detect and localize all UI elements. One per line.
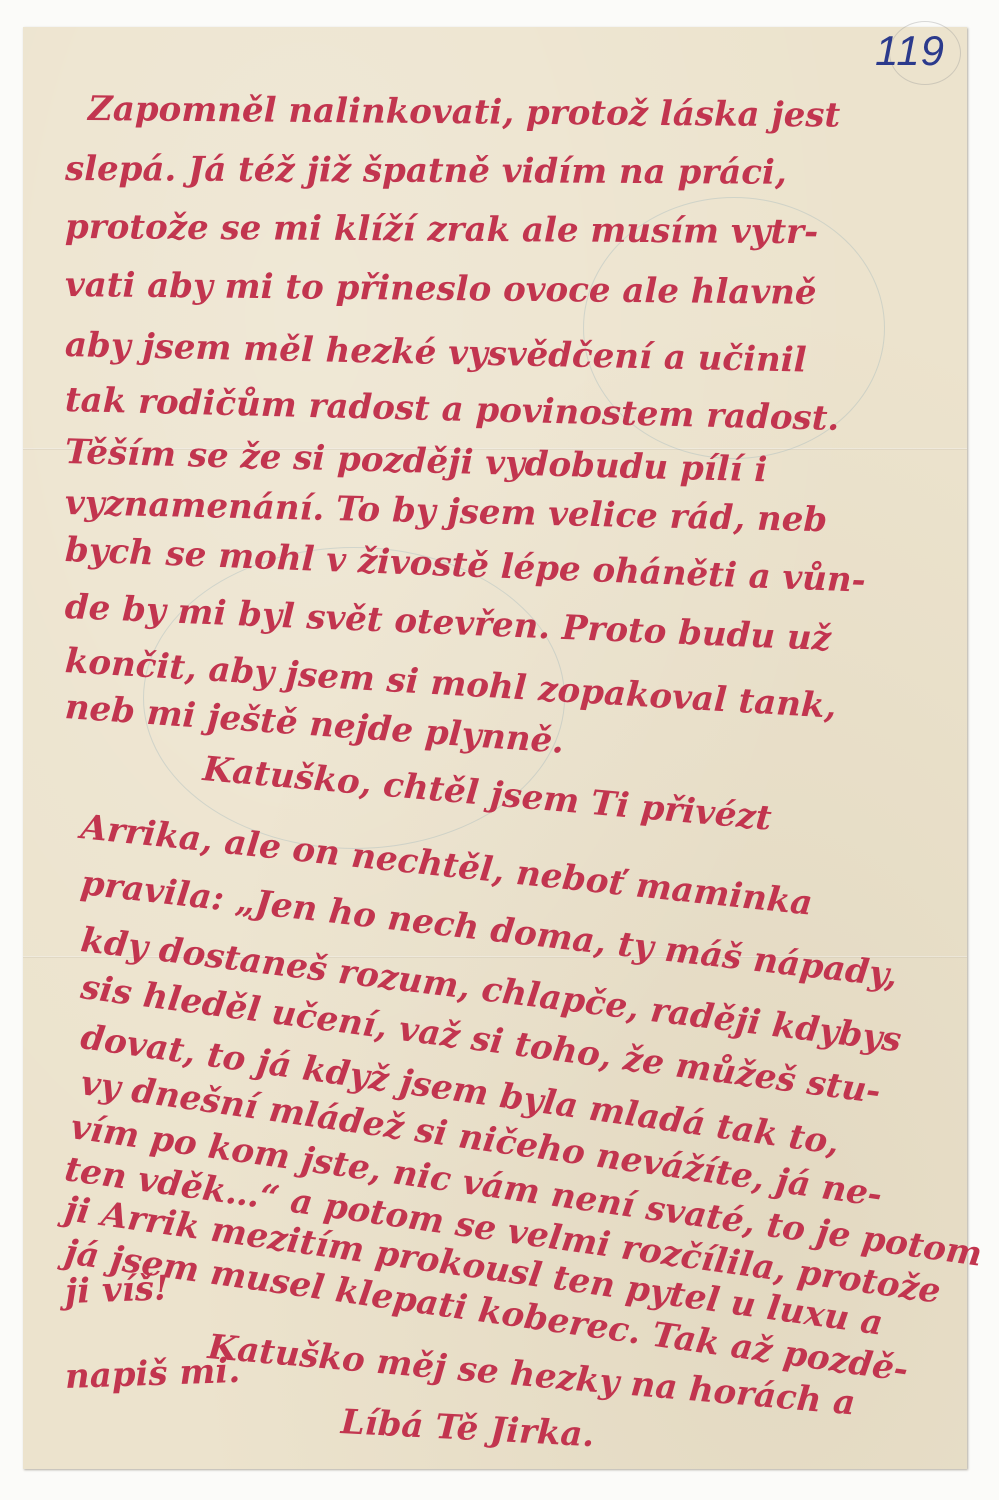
- letter-paper: 119 Zapomněl nalinkovati, protož láska j…: [23, 27, 967, 1469]
- letter-line: napiš mi.: [64, 1351, 240, 1397]
- page-number: 119: [875, 27, 945, 75]
- letter-line: vati aby mi to přineslo ovoce ale hlavně: [65, 265, 817, 313]
- letter-line: vyznamenání. To by jsem velice rád, neb: [65, 483, 828, 540]
- letter-signature: Líbá Tě Jirka.: [340, 1402, 595, 1455]
- letter-line: ji víš!: [64, 1268, 169, 1312]
- letter-line: slepá. Já též již špatně vidím na práci,: [65, 149, 787, 193]
- letter-line: protože se mi klíží zrak ale musím vytr-: [65, 207, 818, 252]
- letter-line: Zapomněl nalinkovati, protož láska jest: [88, 89, 841, 136]
